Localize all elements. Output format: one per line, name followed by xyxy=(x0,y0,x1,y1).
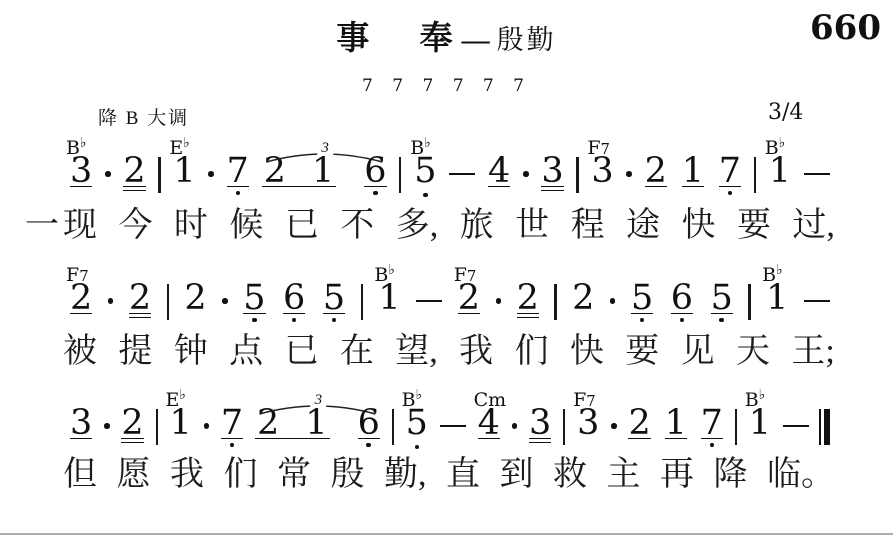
note: 2 xyxy=(570,281,596,316)
lyric-syllable: 殷 xyxy=(331,457,365,494)
title-main: 事 奉 xyxy=(336,12,454,59)
lyric-syllable: 勤, xyxy=(384,457,427,494)
chord-symbol: B♭ xyxy=(402,389,422,410)
key-signature: 降 B 大调 xyxy=(98,103,189,130)
lyric-syllable: 途 xyxy=(626,208,660,245)
barline xyxy=(399,157,401,193)
lyric-syllable: 世 xyxy=(515,208,549,245)
barline xyxy=(554,284,556,320)
duration-dash xyxy=(783,425,809,427)
barline xyxy=(158,157,160,193)
barline xyxy=(576,157,578,193)
lyric-syllable: 时 xyxy=(174,208,208,245)
lyric-syllable: 主 xyxy=(607,457,641,494)
underline xyxy=(255,438,330,439)
note-digit: 5 xyxy=(243,281,265,316)
underline xyxy=(711,313,733,314)
note: B♭5 xyxy=(404,406,430,449)
note-digit: 1 xyxy=(665,406,687,441)
final-barline-thick xyxy=(824,409,830,445)
note-digit: 5 xyxy=(406,406,428,441)
chord-symbol: B♭ xyxy=(66,137,86,158)
underline xyxy=(227,186,249,187)
underline xyxy=(628,438,650,439)
note-digit: 2 xyxy=(517,281,539,316)
note-digit: 6 xyxy=(358,406,380,441)
note: E♭1 xyxy=(171,154,197,189)
lyric-syllable: 过, xyxy=(792,208,835,245)
underline xyxy=(541,190,563,191)
note-digit: 7 xyxy=(221,406,243,441)
note: B♭1 xyxy=(376,281,402,316)
chord-symbol: B♭ xyxy=(745,389,765,410)
lyric-syllable: 已 xyxy=(285,334,319,371)
title-dash: — xyxy=(462,25,490,57)
triplet-number: 3 xyxy=(317,141,333,156)
final-barline-thin xyxy=(819,409,821,445)
lyric-syllable: 们 xyxy=(515,334,549,371)
note-digit: 1 xyxy=(170,406,192,441)
lyric-syllable: 被 xyxy=(63,334,97,371)
underline xyxy=(283,313,305,314)
chord-symbol: E♭ xyxy=(169,137,189,158)
duration-dot xyxy=(204,423,210,429)
note: 2 xyxy=(127,281,153,318)
note-digit: 2 xyxy=(184,281,206,316)
underline xyxy=(458,313,480,314)
underline xyxy=(123,190,145,191)
note: 5 xyxy=(709,281,735,322)
lyric-syllable: 临。 xyxy=(767,457,835,494)
low-octave-dot xyxy=(680,318,685,323)
barline xyxy=(361,284,363,320)
note: 7 xyxy=(219,406,245,447)
final-barline xyxy=(819,409,830,445)
lyric-syllable: 已 xyxy=(285,208,319,245)
lyric-syllable: 旅 xyxy=(460,208,494,245)
note-digit: 1 xyxy=(173,154,195,189)
note: B♭3 xyxy=(68,154,94,187)
underline xyxy=(671,313,693,314)
note: 6 xyxy=(362,154,388,195)
underline xyxy=(129,313,151,314)
underline xyxy=(364,186,386,187)
note-digit: 2 xyxy=(572,281,594,316)
low-octave-dot xyxy=(640,318,645,323)
note: 7 xyxy=(699,406,725,447)
lyric-syllable: 在 xyxy=(340,334,374,371)
low-octave-dot xyxy=(230,443,235,448)
chord-symbol: E♭ xyxy=(166,389,186,410)
underline xyxy=(682,186,704,187)
lyric-syllable: 王; xyxy=(791,334,834,371)
note: 6 xyxy=(356,406,382,447)
barline xyxy=(392,409,394,445)
note: E♭1 xyxy=(168,406,194,441)
duration-dot xyxy=(523,171,529,177)
note-digit: 2 xyxy=(645,154,667,189)
duration-dot xyxy=(512,423,518,429)
note-digit: 2 xyxy=(129,281,151,316)
lyric-syllable: 钟 xyxy=(174,334,208,371)
music-line-3: 32E♭173216B♭5Cm43F73217B♭1 xyxy=(68,406,830,449)
note: F73 xyxy=(575,406,601,441)
note: 2 xyxy=(515,281,541,318)
lyric-syllable: 我 xyxy=(459,334,493,371)
lyric-syllable: 常 xyxy=(277,457,311,494)
low-octave-dot xyxy=(719,318,724,323)
lyric-syllable: 再 xyxy=(660,457,694,494)
triplet-group: 3216 xyxy=(262,154,389,195)
note: 1 xyxy=(663,406,689,439)
duration-dot xyxy=(496,298,502,304)
note-digit: 4 xyxy=(478,406,500,441)
note-digit: 3 xyxy=(541,154,563,189)
lyric-syllable: 我 xyxy=(170,457,204,494)
lyrics-line-3: 但愿我们常殷勤,直到救主再降临。 xyxy=(63,457,835,494)
music-line-1: B♭32E♭173216B♭543F73217B♭1 xyxy=(68,154,830,197)
underline xyxy=(123,186,145,187)
underline xyxy=(129,317,151,318)
note: 1 xyxy=(680,154,706,187)
lyric-syllable: 天 xyxy=(736,334,770,371)
note: 4 xyxy=(486,154,512,187)
duration-dash xyxy=(804,173,830,175)
note-digit: 2 xyxy=(123,154,145,189)
note-digit: 4 xyxy=(488,154,510,189)
lyric-syllable: 愿 xyxy=(117,457,151,494)
note-digit: 1 xyxy=(766,281,788,316)
underline xyxy=(517,317,539,318)
note-digit: 6 xyxy=(364,154,386,189)
note: 5 xyxy=(241,281,267,322)
low-octave-dot xyxy=(332,318,337,323)
low-octave-dot xyxy=(236,191,241,196)
note-digit: 1 xyxy=(378,281,400,316)
low-octave-dot xyxy=(252,318,257,323)
note: Cm4 xyxy=(476,406,502,439)
music-line-2: F7222565B♭1F7222565B♭1 xyxy=(68,281,830,322)
duration-dot xyxy=(222,298,228,304)
barline xyxy=(563,409,565,445)
triplet-number: 3 xyxy=(311,393,327,408)
verse-number: 一 xyxy=(25,208,59,245)
duration-dot xyxy=(105,171,111,177)
note: 5 xyxy=(629,281,655,322)
lyric-syllable: 们 xyxy=(224,457,258,494)
underline xyxy=(517,313,539,314)
lyric-syllable: 快 xyxy=(570,334,604,371)
chord-symbol: B♭ xyxy=(374,264,394,285)
barline xyxy=(167,284,169,320)
note-digit: 2 xyxy=(458,281,480,316)
note: 2 xyxy=(643,154,669,187)
lyric-syllable: 降 xyxy=(714,457,748,494)
underline xyxy=(478,438,500,439)
underline xyxy=(665,438,687,439)
note-digit: 3 xyxy=(591,154,613,189)
duration-dot xyxy=(104,423,110,429)
low-octave-dot xyxy=(373,191,378,196)
duration-dash xyxy=(416,300,442,302)
note: 2 xyxy=(626,406,652,439)
chord-symbol: F7 xyxy=(66,266,89,285)
note: B♭5 xyxy=(412,154,438,197)
low-octave-dot xyxy=(710,443,715,448)
note-digit: 5 xyxy=(414,154,436,189)
note-digit: 3 xyxy=(70,406,92,441)
low-octave-dot xyxy=(728,191,733,196)
underline xyxy=(121,438,143,439)
note-digit: 5 xyxy=(711,281,733,316)
underline xyxy=(70,186,92,187)
lyric-syllable: 候 xyxy=(229,208,263,245)
note-digit: 7 xyxy=(227,154,249,189)
lyric-syllable: 现 xyxy=(63,208,97,245)
lyric-syllable: 到 xyxy=(500,457,534,494)
note: B♭1 xyxy=(747,406,773,441)
chord-symbol: B♭ xyxy=(410,137,430,158)
lyric-syllable: 要 xyxy=(737,208,771,245)
note: F72 xyxy=(68,281,94,314)
underline xyxy=(719,186,741,187)
chord-symbol: F7 xyxy=(587,139,610,158)
note-digit: 5 xyxy=(323,281,345,316)
note-digit: 1 xyxy=(682,154,704,189)
lyric-syllable: 但 xyxy=(63,457,97,494)
lyric-syllable: 程 xyxy=(571,208,605,245)
low-octave-dot xyxy=(423,193,428,198)
note: 7 xyxy=(717,154,743,195)
note-digit: 3 xyxy=(529,406,551,441)
underline xyxy=(243,313,265,314)
underline xyxy=(262,186,337,187)
lyric-syllable: 多, xyxy=(396,208,439,245)
note: F72 xyxy=(456,281,482,314)
note-digit: 6 xyxy=(671,281,693,316)
note: 2 xyxy=(119,406,145,443)
lyric-syllable: 见 xyxy=(681,334,715,371)
note: 3 xyxy=(527,406,553,443)
low-octave-dot xyxy=(415,445,420,450)
title: 事 奉 — 殷勤 xyxy=(0,12,893,59)
duration-dash xyxy=(449,173,475,175)
duration-dot xyxy=(611,423,617,429)
lyric-syllable: 直 xyxy=(446,457,480,494)
note: 6 xyxy=(669,281,695,322)
lyric-syllable: 不 xyxy=(340,208,374,245)
underline xyxy=(70,313,92,314)
note: F73 xyxy=(589,154,615,189)
note: 7 xyxy=(225,154,251,195)
note-digit: 1 xyxy=(769,154,791,189)
triplet-group: 3216 xyxy=(255,406,382,447)
underline xyxy=(221,438,243,439)
duration-dash xyxy=(440,425,466,427)
note: B♭1 xyxy=(767,154,793,189)
note-digit: 3 xyxy=(577,406,599,441)
note-digit: 1 xyxy=(749,406,771,441)
lyric-syllable: 今 xyxy=(118,208,152,245)
hymn-sheet: 660 事 奉 — 殷勤 7 7 7 7 7 7 降 B 大调 3/4 B♭32… xyxy=(0,0,893,535)
note-digit: 2 xyxy=(628,406,650,441)
barline xyxy=(735,409,737,445)
lyric-syllable: 快 xyxy=(681,208,715,245)
note-digit: 3 xyxy=(70,154,92,189)
note: 3 xyxy=(68,406,94,439)
lyric-syllable: 要 xyxy=(625,334,659,371)
underline xyxy=(631,313,653,314)
note-digit: 5 xyxy=(631,281,653,316)
lyrics-line-2: 被提钟点已在望,我们快要见天王; xyxy=(63,334,835,371)
underline xyxy=(529,438,551,439)
note: 2 xyxy=(182,281,208,316)
chord-symbol: B♭ xyxy=(765,137,785,158)
underline xyxy=(70,438,92,439)
barline xyxy=(748,284,750,320)
lyric-syllable: 点 xyxy=(229,334,263,371)
underline xyxy=(645,186,667,187)
underline xyxy=(701,438,723,439)
lyric-syllable: 救 xyxy=(553,457,587,494)
chord-symbol: B♭ xyxy=(762,264,782,285)
chord-symbol: F7 xyxy=(454,266,477,285)
note-digit: 7 xyxy=(701,406,723,441)
lyric-syllable: 提 xyxy=(118,334,152,371)
note: 6 xyxy=(281,281,307,322)
barline xyxy=(754,157,756,193)
duration-dot xyxy=(610,298,616,304)
duration-dot xyxy=(208,171,214,177)
underline xyxy=(541,186,563,187)
low-octave-dot xyxy=(366,443,371,448)
note: 5 xyxy=(321,281,347,322)
title-subtitle: 殷勤 xyxy=(497,18,557,57)
time-signature: 3/4 xyxy=(768,100,803,125)
chord-symbol: Cm xyxy=(474,391,507,410)
note-digit: 6 xyxy=(283,281,305,316)
underline xyxy=(488,186,510,187)
underline xyxy=(529,442,551,443)
lyrics-line-1: 一现今时候已不多,旅世程途快要过, xyxy=(63,208,835,245)
chord-symbol: F7 xyxy=(573,391,596,410)
note-digit: 2 xyxy=(70,281,92,316)
duration-dot xyxy=(108,298,114,304)
note: 3 xyxy=(539,154,565,191)
note-digit: 2 xyxy=(121,406,143,441)
duration-dot xyxy=(626,171,632,177)
note-digit: 7 xyxy=(719,154,741,189)
note: B♭1 xyxy=(764,281,790,316)
note: 2 xyxy=(121,154,147,191)
low-octave-dot xyxy=(292,318,297,323)
lyric-syllable: 望, xyxy=(395,334,438,371)
underline xyxy=(323,313,345,314)
barline xyxy=(156,409,158,445)
underline xyxy=(358,438,380,439)
duration-dash xyxy=(804,300,830,302)
meter-numbers: 7 7 7 7 7 7 xyxy=(0,76,893,96)
underline xyxy=(121,442,143,443)
